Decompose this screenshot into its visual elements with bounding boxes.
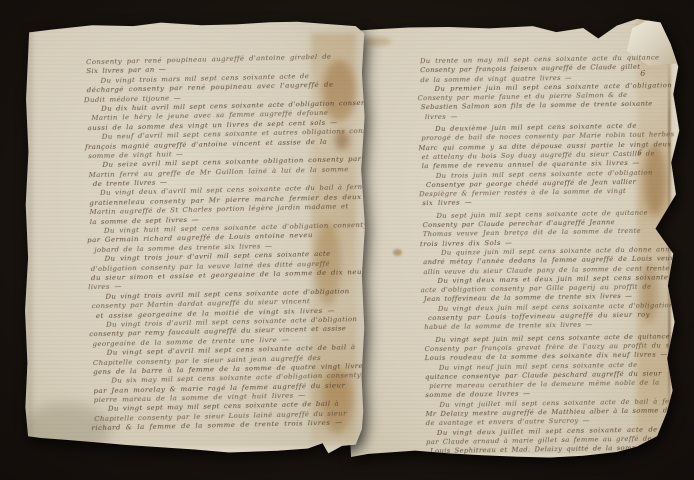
left-edge-shade <box>24 20 33 460</box>
right-page-wrap: 6 6 Du trente un may mil sept cens soixa… <box>348 12 684 468</box>
manuscript-line: dy ont signé y — <box>426 452 684 465</box>
stain-spot <box>365 37 391 46</box>
stain-spot <box>393 249 402 256</box>
right-page-handwriting: Du trente un may mil sept cens soixante … <box>420 53 684 466</box>
right-page: 6 6 Du trente un may mil sept cens soixa… <box>348 12 684 468</box>
corner-ink-mark: g. ∂— <box>34 437 54 448</box>
left-page-wrap: g. ∂— Consenty par rené poupineau augref… <box>24 20 366 460</box>
bottom-edge-highlight <box>34 447 356 453</box>
left-page-handwriting: Consenty par rené poupineau augreffé d'a… <box>86 52 366 434</box>
manuscript-scan: 6 6 Du trente un may mil sept cens soixa… <box>0 0 694 480</box>
left-page: g. ∂— Consenty par rené poupineau augref… <box>24 20 366 460</box>
